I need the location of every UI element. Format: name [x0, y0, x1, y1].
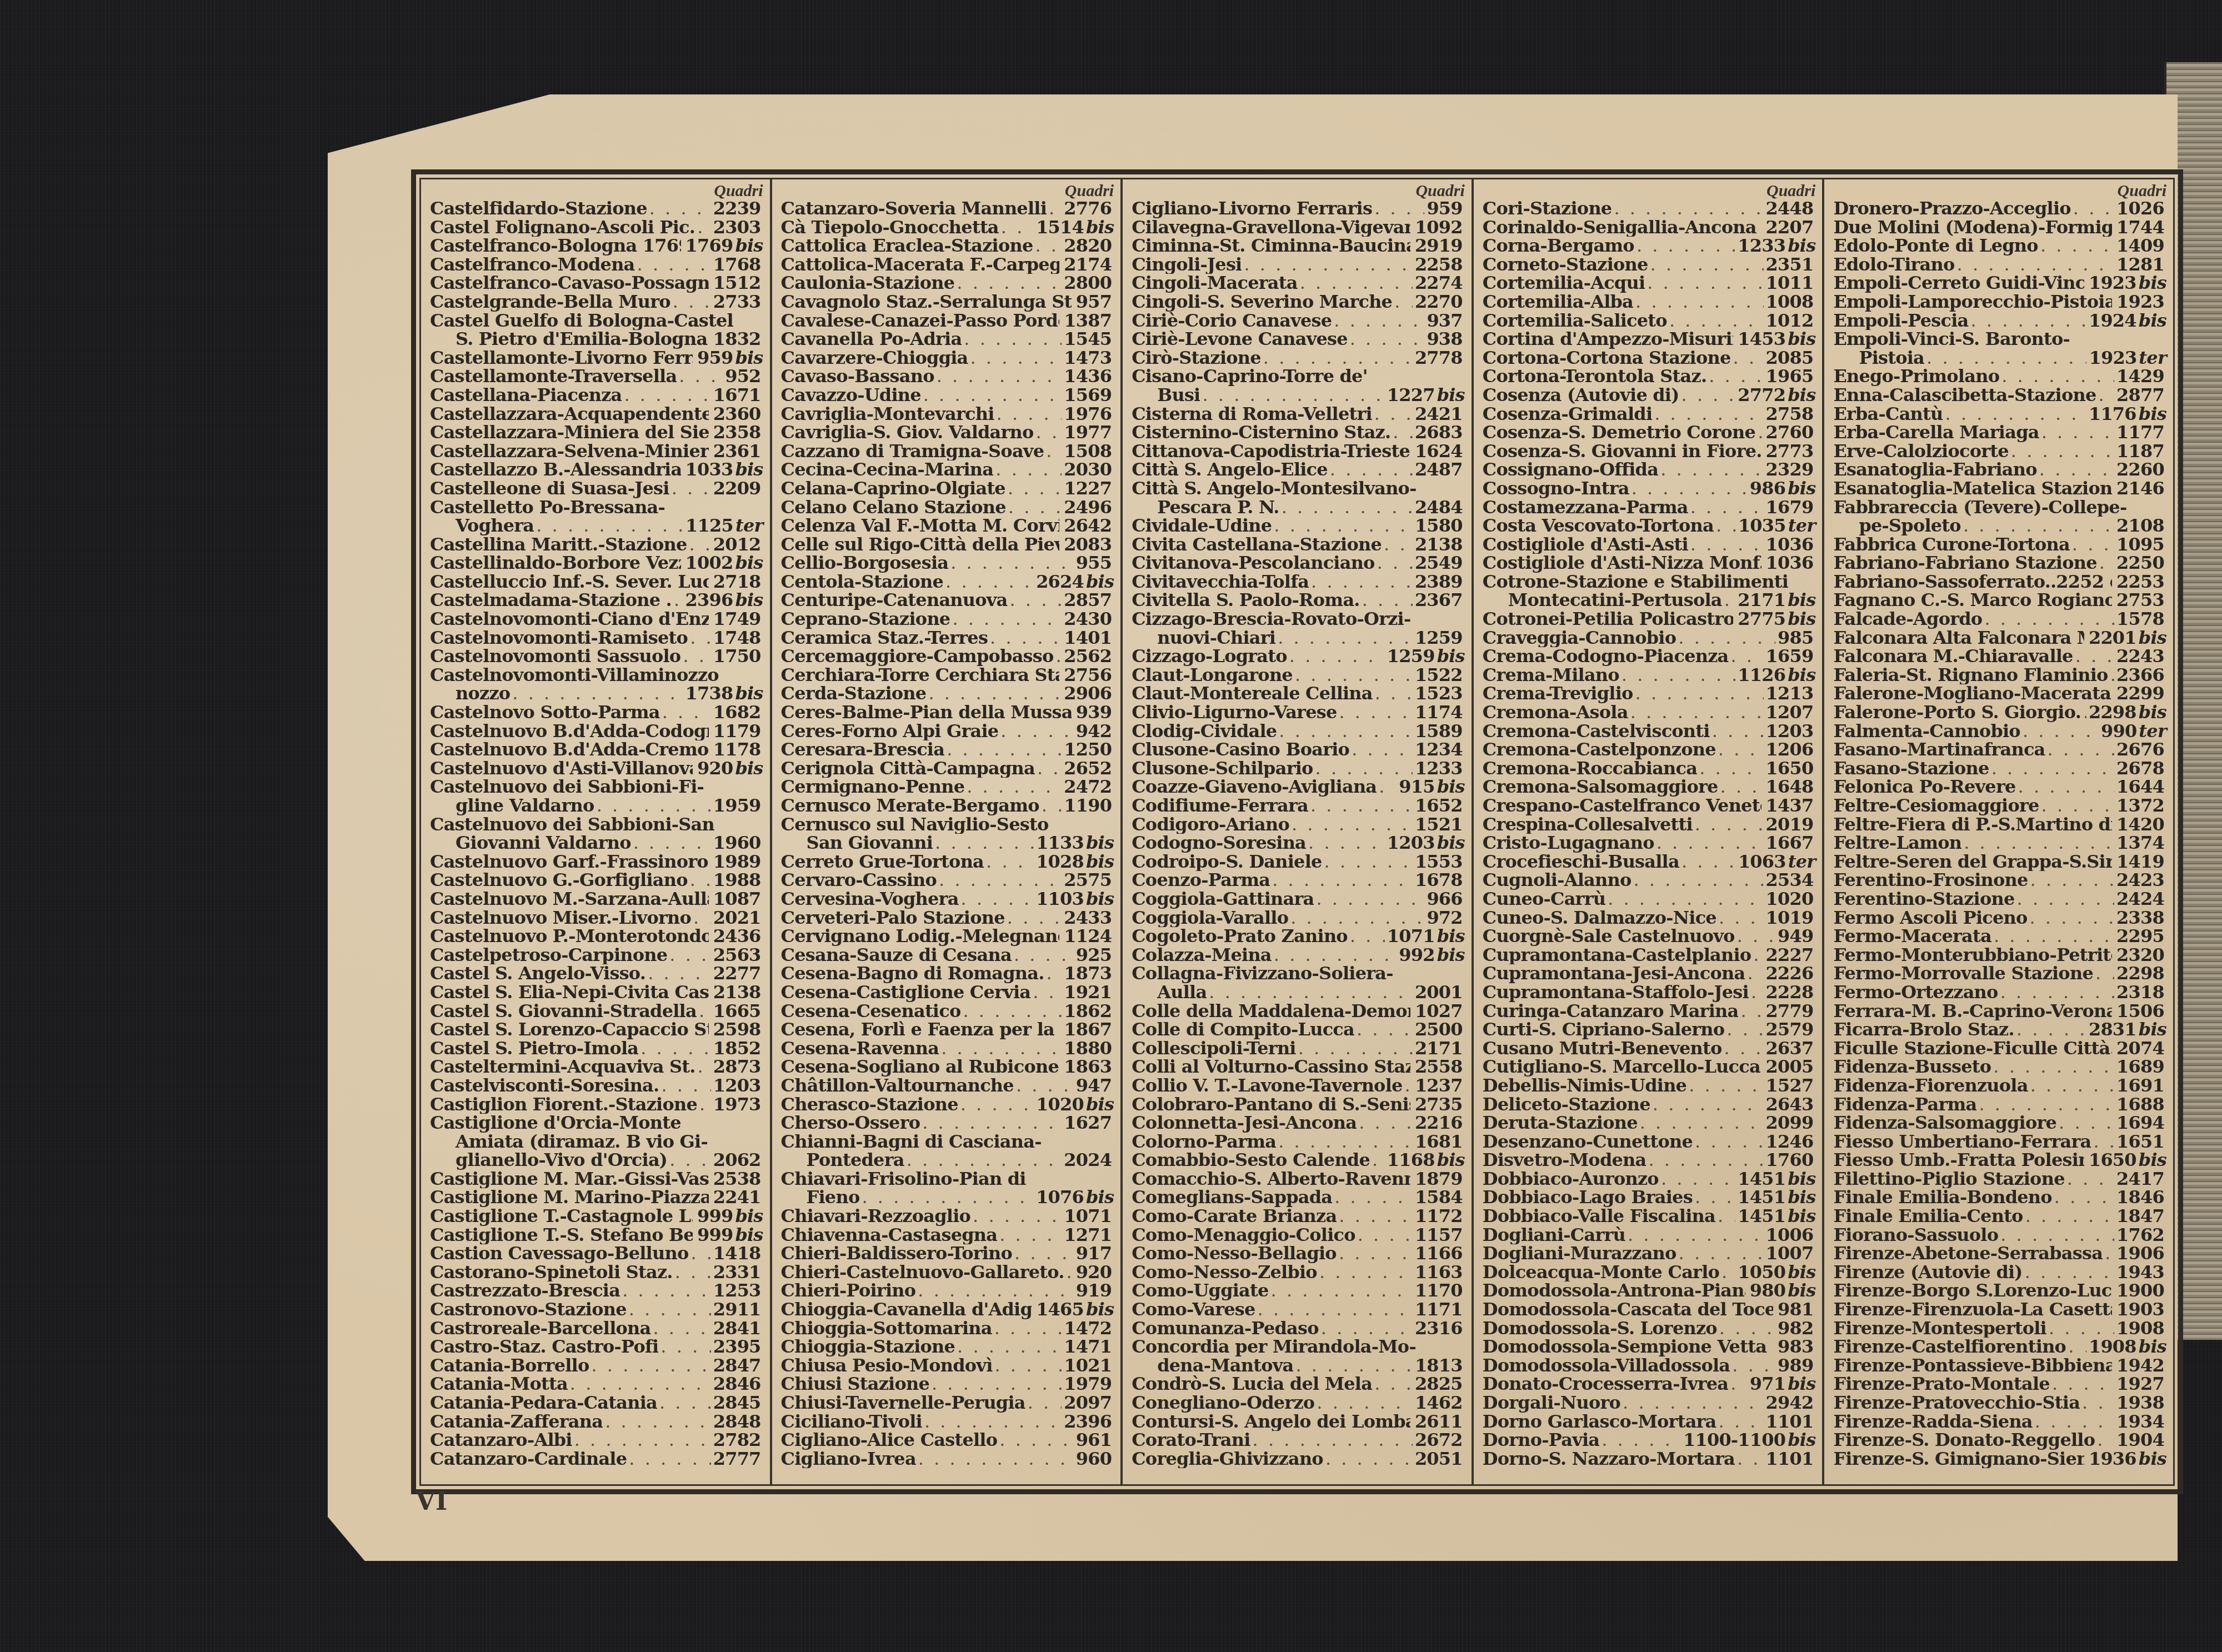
leader-dots: [1635, 293, 1763, 312]
table-number: 2012: [713, 535, 761, 554]
station-route-name: Comunanza-Pedaso: [1132, 1319, 1319, 1338]
table-number: 2579: [1766, 1020, 1814, 1039]
index-entry: Cigliano-Livorno Ferraris959: [1132, 199, 1465, 218]
leader-dots: [2041, 423, 2114, 442]
index-entry: Enego-Primolano1429: [1833, 367, 2166, 386]
station-route-name: Pontedera: [781, 1151, 904, 1170]
station-route-name: Crocefieschi-Busalla: [1483, 853, 1679, 872]
index-entry: Castelnovomonti Sassuolo1750: [430, 647, 763, 666]
leader-dots: [1637, 237, 1735, 256]
station-route-name: Cremona-Roccabianca: [1483, 759, 1697, 778]
table-number: 1179: [713, 722, 761, 741]
index-entry: Catania-Motta2846: [430, 1375, 763, 1394]
station-route-name: Domodossola-S. Lorenzo: [1483, 1319, 1717, 1338]
leader-dots: [1377, 554, 1413, 573]
index-entry: Colli al Volturno-Cassino Staz.2558: [1132, 1058, 1465, 1077]
station-route-name: Celana-Caprino-Olgiate: [781, 479, 1005, 498]
station-route-name: Fidenza-Busseto: [1833, 1058, 1991, 1077]
index-entry: Ceprano-Stazione2430: [781, 610, 1114, 629]
table-suffix: bis: [735, 591, 763, 610]
index-entry: Chiusa Pesio-Mondovì1021: [781, 1356, 1114, 1375]
table-number: 1959: [713, 797, 761, 815]
table-number: 2800: [1064, 274, 1112, 293]
index-entry: Cilavegna-Gravellona-Vigevano1092: [1132, 218, 1465, 237]
station-route-name: Chiavari-Frisolino-Pian di: [781, 1170, 1026, 1189]
leader-dots: [1292, 815, 1413, 834]
table-number: 2733: [713, 293, 761, 312]
station-route-name: Falerone-Porto S. Giorgio.: [1833, 703, 2081, 722]
leader-dots: [1317, 1394, 1413, 1413]
index-entry: Cupramontana-Staffolo-Jesi2228: [1483, 983, 1816, 1002]
table-number: 1420: [2116, 815, 2164, 834]
table-number: 2782: [713, 1431, 761, 1450]
leader-dots: [2052, 1375, 2114, 1394]
station-route-name: Amiata (diramaz. B vio Gi-: [430, 1133, 708, 1152]
table-number: 1584: [1415, 1188, 1463, 1207]
index-entry: Castelfranco-Cavaso-Possagno1512: [430, 274, 763, 293]
leader-dots: [2000, 983, 2114, 1002]
station-route-name: Cavaso-Bassano: [781, 367, 934, 386]
station-route-name: Como-Menaggio-Colico: [1132, 1226, 1355, 1245]
table-number: 1259: [1415, 629, 1463, 648]
leader-dots: [1047, 964, 1062, 983]
leader-dots: [1979, 1095, 2114, 1114]
table-number: 2316: [1415, 1319, 1463, 1338]
table-number: 1401: [1064, 629, 1112, 648]
table-number: 1233: [1415, 759, 1463, 778]
station-route-name: Corneto-Stazione: [1483, 256, 1648, 274]
table-number: 1979: [1064, 1375, 1112, 1394]
index-entry: Ceresara-Brescia1250: [781, 740, 1114, 759]
index-entry: Cremona-Castelvisconti1203: [1483, 722, 1816, 741]
station-route-name: Cesena-Bagno di Romagna.: [781, 964, 1044, 983]
index-entry: Castronovo-Stazione2911: [430, 1300, 763, 1319]
station-route-name: Enna-Calascibetta-Stazione: [1833, 386, 2096, 405]
station-route-name: Castro-Staz. Castro-Pofi: [430, 1338, 658, 1356]
table-number: 1545: [1064, 330, 1112, 349]
station-route-name: Caulonia-Stazione: [781, 274, 955, 293]
station-route-name: Fermo-Ortezzano: [1833, 983, 1998, 1002]
leader-dots: [1321, 1319, 1413, 1338]
table-number: 1671: [713, 386, 761, 405]
index-entry: Cosenza (Autovie di)2772bis: [1483, 386, 1816, 405]
index-entry: Firenze-Montespertoli1908: [1833, 1319, 2166, 1338]
leader-dots: [1654, 405, 1763, 424]
table-number: 938: [1427, 330, 1462, 349]
leader-dots: [648, 964, 711, 983]
station-route-name: Cortemilia-Saliceto: [1483, 312, 1667, 331]
station-route-name: Castel Guelfo di Bologna-Castel: [430, 312, 733, 331]
table-number: 1021: [1064, 1356, 1112, 1375]
index-entry: Aulla2001: [1132, 983, 1465, 1002]
table-number: 990: [2101, 722, 2136, 741]
station-route-name: Codogno-Soresina: [1132, 834, 1306, 853]
station-route-name: Cerveteri-Palo Stazione: [781, 909, 1005, 928]
index-entry: Civitella S. Paolo-Roma.2367: [1132, 591, 1465, 610]
index-entry: Cirò-Stazione2778: [1132, 349, 1465, 368]
leader-dots: [1350, 927, 1385, 946]
table-suffix: bis: [1788, 666, 1815, 685]
table-number: 2642: [1064, 517, 1112, 535]
index-entry: Cherasco-Stazione1020bis: [781, 1095, 1114, 1114]
station-route-name: Castel Folignano-Ascoli Pic.: [430, 218, 695, 237]
station-route-name: Cavagnolo Staz.-Serralunga Staz.: [781, 293, 1072, 312]
table-suffix: bis: [1788, 386, 1815, 405]
table-number: 1063: [1738, 853, 1786, 872]
table-number: 1227: [1387, 386, 1435, 405]
leader-dots: [1718, 740, 1764, 759]
index-columns: QuadriCastelfidardo-Stazione2239Castel F…: [419, 178, 2175, 1486]
table-number: 2846: [713, 1375, 761, 1394]
station-route-name: Firenze-Abetone-Serrabassa: [1833, 1244, 2103, 1263]
table-number: 1681: [1415, 1133, 1463, 1152]
index-entry: Ferrara-M. B.-Caprino-Verona1506: [1833, 1002, 2166, 1021]
table-number: 1514: [1036, 218, 1084, 237]
index-entry: Crespano-Castelfranco Veneto1437: [1483, 797, 1816, 815]
table-suffix: bis: [1086, 1188, 1114, 1207]
leader-dots: [939, 871, 1062, 890]
station-route-name: Dorno-Pavia: [1483, 1431, 1599, 1450]
station-route-name: Cerreto Grue-Tortona: [781, 853, 984, 872]
station-route-name: Corinaldo-Senigallia-Ancona .: [1483, 218, 1761, 237]
leader-dots: [605, 1413, 711, 1431]
station-route-name: Dorgali-Nuoro: [1483, 1394, 1620, 1413]
station-route-name: Domodossola-Cascata del Toce: [1483, 1300, 1773, 1319]
leader-dots: [1393, 423, 1413, 442]
table-number: 1750: [713, 647, 761, 666]
index-entry: Cesena-Cesenatico1862: [781, 1002, 1114, 1021]
station-route-name: Castiglione d'Orcia-Monte: [430, 1114, 681, 1133]
table-number: 1965: [1766, 367, 1814, 386]
index-entry: Cremona-Asola1207: [1483, 703, 1816, 722]
index-entry: Firenze-S. Donato-Reggello1904: [1833, 1431, 2166, 1450]
index-entry: Castelfidardo-Stazione2239: [430, 199, 763, 218]
station-route-name: Ceresara-Brescia: [781, 740, 945, 759]
index-entry: Chiusi-Tavernelle-Perugia2097: [781, 1394, 1114, 1413]
station-route-name: Castion Cavessago-Belluno: [430, 1244, 688, 1263]
index-entry: Cerveteri-Palo Stazione2433: [781, 909, 1114, 928]
index-entry: Cernusco sul Naviglio-Sesto: [781, 815, 1114, 834]
leader-dots: [1758, 423, 1763, 442]
index-entry: Falmenta-Cannobio990ter: [1833, 722, 2166, 741]
station-route-name: Collagna-Fivizzano-Soliera-: [1132, 964, 1393, 983]
index-entry: Clusone-Schilpario1233: [1132, 759, 1465, 778]
table-number: 2637: [1766, 1039, 1814, 1058]
index-column-5: QuadriDronero-Prazzo-Acceglio1026Due Mol…: [1824, 179, 2173, 1484]
page-number: VI: [416, 1486, 447, 1516]
station-route-name: Aulla: [1132, 983, 1207, 1002]
leader-dots: [1993, 1058, 2114, 1077]
station-route-name: Feltre-Fiera di P.-S.Martino di C.: [1833, 815, 2112, 834]
index-entry: Castiglione M. Marino-Piazzano2241: [430, 1188, 763, 1207]
station-route-name: Concordia per Mirandola-Mo-: [1132, 1338, 1416, 1356]
station-route-name: Cogoleto-Prato Zanino: [1132, 927, 1348, 946]
leader-dots: [995, 1356, 1062, 1375]
table-number: 2672: [1415, 1431, 1463, 1450]
table-suffix: bis: [2139, 274, 2166, 293]
index-column-2: QuadriCatanzaro-Soveria Mannelli2776Cà T…: [772, 179, 1123, 1484]
leader-dots: [923, 386, 1062, 405]
index-entry: Cortona-Terontola Staz.1965: [1483, 367, 1816, 386]
index-entry: Cazzano di Tramigna-Soave1508: [781, 442, 1114, 461]
table-number: 1679: [1766, 498, 1814, 517]
index-entry: Debellis-Nimis-Udine1527: [1483, 1077, 1816, 1095]
table-number: 2877: [2116, 386, 2164, 405]
leader-dots: [990, 629, 1062, 648]
leader-dots: [2030, 871, 2115, 890]
station-route-name: Castorano-Spinetoli Staz.: [430, 1263, 673, 1282]
column-header-quadri: Quadri: [781, 183, 1114, 199]
table-number: 1451: [1738, 1188, 1785, 1207]
station-route-name: Civitella S. Paolo-Roma.: [1132, 591, 1360, 610]
table-number: 2848: [713, 1413, 761, 1431]
table-number: 1903: [2116, 1300, 2164, 1319]
index-entry: Conegliano-Oderzo1462: [1132, 1394, 1465, 1413]
station-route-name: Cisano-Caprino-Torre de': [1132, 367, 1368, 386]
table-suffix: bis: [1086, 834, 1114, 853]
index-entry: Voghera1125ter: [430, 517, 763, 535]
index-entry: Donato-Crocesserra-Ivrea971bis: [1483, 1375, 1816, 1394]
leader-dots: [1325, 1450, 1413, 1469]
index-entry: Cizzago-Lograto1259bis: [1132, 647, 1465, 666]
station-route-name: Cervaro-Cassino: [781, 871, 937, 890]
index-entry: Condrò-S. Lucia del Mela2825: [1132, 1375, 1465, 1394]
table-number: 2424: [2116, 890, 2164, 909]
table-suffix: bis: [1437, 927, 1465, 946]
table-number: 1387: [1064, 312, 1112, 331]
table-number: 989: [1778, 1356, 1813, 1375]
index-entry: Coreglia-Ghivizzano2051: [1132, 1450, 1465, 1469]
table-number: 1522: [1415, 666, 1463, 685]
index-entry: Centola-Stazione2624bis: [781, 573, 1114, 592]
index-entry: Fabriano-Sassoferrato..2252 e2253: [1833, 573, 2166, 592]
table-number: 986: [1750, 479, 1785, 498]
station-route-name: Castellinaldo-Borbore Vezza: [430, 554, 681, 573]
table-number: 2756: [1064, 666, 1112, 685]
station-route-name: Domodossola-Sempione Vetta .: [1483, 1338, 1773, 1356]
table-number: 1187: [2116, 442, 2164, 461]
station-route-name: Chieri-Baldissero-Torino: [781, 1244, 1013, 1263]
station-route-name: Dobbiaco-Lago Braies: [1483, 1188, 1693, 1207]
station-route-name: Cristo-Lugagnano: [1483, 834, 1654, 853]
table-number: 2303: [713, 218, 761, 237]
table-number: 2085: [1766, 349, 1814, 368]
station-route-name: Castelnuovo dei Sabbioni-San: [430, 815, 714, 834]
table-number: 971: [1750, 1375, 1785, 1394]
table-number: 1847: [2116, 1207, 2164, 1226]
table-number: 1429: [2116, 367, 2164, 386]
index-entry: Fidenza-Busseto1689: [1833, 1058, 2166, 1077]
table-number: 2777: [713, 1450, 761, 1469]
leader-dots: [1374, 405, 1413, 424]
table-number: 2942: [1766, 1394, 1814, 1413]
leader-dots: [2001, 367, 2114, 386]
index-entry: Filettino-Piglio Stazione2417: [1833, 1170, 2166, 1189]
leader-dots: [1278, 1133, 1413, 1152]
table-number: 972: [1427, 909, 1462, 928]
station-route-name: Castellazzara-Miniera del Siele: [430, 423, 709, 442]
index-entry: Cigliano-Alice Castello961: [781, 1431, 1114, 1450]
leader-dots: [1315, 759, 1413, 778]
leader-dots: [1733, 349, 1764, 368]
station-route-name: Colle della Maddalena-Demonte: [1132, 1002, 1410, 1021]
index-entry: Enna-Calascibetta-Stazione2877: [1833, 386, 2166, 405]
index-entry: Contursi-S. Angelo dei Lombardi2611: [1132, 1413, 1465, 1431]
index-entry: Colorno-Parma1681: [1132, 1133, 1465, 1152]
table-number: 960: [1076, 1450, 1112, 1469]
index-column-3: QuadriCigliano-Livorno Ferraris959Cilave…: [1123, 179, 1474, 1484]
station-route-name: Cavalese-Canazei-Passo Pordoi: [781, 312, 1060, 331]
index-entry: Coggiola-Varallo972: [1132, 909, 1465, 928]
table-number: 2433: [1064, 909, 1112, 928]
leader-dots: [1298, 1039, 1413, 1058]
station-route-name: Fabbrica Curone-Tortona: [1833, 535, 2069, 554]
table-number: 1813: [1415, 1356, 1463, 1375]
station-route-name: Fermo-Morrovalle Stazione: [1833, 964, 2093, 983]
station-route-name: Fermo-Macerata: [1833, 927, 1991, 946]
leader-dots: [597, 797, 711, 815]
station-route-name: Castelnovomonti Sassuolo: [430, 647, 680, 666]
leader-dots: [2011, 442, 2114, 461]
table-suffix: bis: [1437, 1151, 1465, 1170]
index-entry: Castelnuovo P.-Monterotondo.2436: [430, 927, 763, 946]
station-route-name: Firenze-Prato-Montale: [1833, 1375, 2050, 1394]
leader-dots: [637, 256, 711, 274]
leader-dots: [2025, 1207, 2114, 1226]
table-number: 920: [697, 759, 733, 778]
leader-dots: [574, 1431, 711, 1450]
station-route-name: Castelnuovo G.-Gorfigliano: [430, 871, 688, 890]
leader-dots: [2018, 778, 2115, 797]
index-entry: Dorno Garlasco-Mortara1101: [1483, 1413, 1816, 1431]
index-entry: Cuorgnè-Sale Castelnuovo949: [1483, 927, 1816, 946]
index-entry: Castroreale-Barcellona2841: [430, 1319, 763, 1338]
table-number: 1203: [713, 1077, 761, 1095]
station-route-name: Cavazzo-Udine: [781, 386, 921, 405]
station-route-name: Castelnovomonti-Villaminozzo: [430, 666, 719, 685]
table-number: 939: [1076, 703, 1112, 722]
leader-dots: [698, 1058, 711, 1077]
leader-dots: [1732, 1356, 1775, 1375]
station-route-name: Codigoro-Ariano: [1132, 815, 1289, 834]
leader-dots: [1405, 1077, 1413, 1095]
index-entry: Castel Guelfo di Bologna-Castel: [430, 312, 763, 331]
index-entry: Como-Menaggio-Colico1157: [1132, 1226, 1465, 1245]
leader-dots: [1724, 591, 1736, 610]
table-number: 1512: [713, 274, 761, 293]
leader-dots: [1334, 1188, 1413, 1207]
index-entry: Cà Tiepolo-Gnocchetta1514bis: [781, 218, 1114, 237]
leader-dots: [699, 1002, 711, 1021]
index-entry: Castellinaldo-Borbore Vezza1002bis: [430, 554, 763, 573]
station-route-name: Enego-Primolano: [1833, 367, 1999, 386]
index-entry: Castellamonte-Traversella952: [430, 367, 763, 386]
leader-dots: [961, 890, 1034, 909]
table-number: 981: [1778, 1300, 1813, 1319]
index-entry: Dobbiaco-Lago Braies1451bis: [1483, 1188, 1816, 1207]
station-route-name: Castel S. Angelo-Visso.: [430, 964, 645, 983]
station-route-name: Desenzano-Cunettone: [1483, 1133, 1693, 1152]
leader-dots: [690, 629, 711, 648]
table-number: 2652: [1064, 759, 1112, 778]
table-number: 1206: [1766, 740, 1814, 759]
table-number: 1092: [1415, 218, 1463, 237]
station-route-name: Cremona-Salsomaggiore: [1483, 778, 1718, 797]
station-route-name: Castelfranco-Modena: [430, 256, 635, 274]
station-route-name: Castellazzara-Selvena-Miniera.: [430, 442, 709, 461]
index-entry: Chiavari-Frisolino-Pian di: [781, 1170, 1114, 1189]
index-entry: Civitavecchia-Tolfa2389: [1132, 573, 1465, 592]
leader-dots: [2075, 647, 2114, 666]
leader-dots: [1622, 666, 1736, 685]
leader-dots: [653, 1319, 711, 1338]
index-entry: Firenze-Radda-Siena1934: [1833, 1413, 2166, 1431]
station-route-name: Ferrara-M. B.-Caprino-Verona: [1833, 1002, 2112, 1021]
index-entry: Castelnuovo B.d'Adda-Cremona1178: [430, 740, 763, 759]
leader-dots: [2059, 1114, 2114, 1133]
station-route-name: Cattolica Eraclea-Stazione: [781, 237, 1033, 256]
index-entry: Costamezzana-Parma1679: [1483, 498, 1816, 517]
station-route-name: Castelfidardo-Stazione: [430, 199, 647, 218]
table-number: 1451: [1738, 1170, 1785, 1189]
leader-dots: [2073, 199, 2114, 218]
station-route-name: Castelfranco-Bologna 1769 e: [430, 237, 681, 256]
station-route-name: Fasano-Martinafranca: [1833, 740, 2045, 759]
index-entry: San Giovanni1133bis: [781, 834, 1114, 853]
index-entry: Comeglians-Sappada1584: [1132, 1188, 1465, 1207]
station-route-name: Cervignano Lodig.-Melegnano: [781, 927, 1060, 946]
station-route-name: Cavriglia-S. Giov. Valdarno: [781, 423, 1034, 442]
leader-dots: [1681, 853, 1736, 872]
index-entry: Cisano-Caprino-Torre de': [1132, 367, 1465, 386]
table-number: 2351: [1766, 256, 1814, 274]
table-number: 2243: [2116, 647, 2164, 666]
station-route-name: Fidenza-Parma: [1833, 1095, 1976, 1114]
leader-dots: [683, 647, 710, 666]
index-entry: Cervaro-Cassino2575: [781, 871, 1114, 890]
table-number: 1691: [2116, 1077, 2164, 1095]
station-route-name: Crema-Treviglio: [1483, 684, 1633, 703]
table-number: 1689: [2116, 1058, 2164, 1077]
station-route-name: Debellis-Nimis-Udine: [1483, 1077, 1686, 1095]
station-route-name: Cotrone-Stazione e Stabilimenti: [1483, 573, 1788, 592]
station-route-name: Catania-Motta: [430, 1375, 568, 1394]
station-route-name: Costigliole d'Asti-Nizza Monf.: [1483, 554, 1761, 573]
table-number: 2329: [1766, 460, 1814, 479]
index-entry: Châtillon-Valtournanche947: [781, 1077, 1114, 1095]
index-entry: Fidenza-Parma1688: [1833, 1095, 2166, 1114]
station-route-name: Castroreale-Barcellona: [430, 1319, 651, 1338]
station-route-name: Chiavenna-Castasegna: [781, 1226, 998, 1245]
station-route-name: Comacchio-S. Alberto-Ravenna: [1132, 1170, 1410, 1189]
table-number: 1665: [713, 1002, 761, 1021]
index-entry: Dorno-Pavia1100-1100bis: [1483, 1431, 1816, 1450]
index-entry: Cugnoli-Alanno2534: [1483, 871, 1816, 890]
index-entry: Empoli-Lamporecchio-Pistoia.1923: [1833, 293, 2166, 312]
table-suffix: bis: [1788, 610, 1815, 629]
station-route-name: Celle sul Rigo-Città della Pieve: [781, 535, 1060, 554]
station-route-name: Corna-Bergamo: [1483, 237, 1634, 256]
index-entry: Fieno1076bis: [781, 1188, 1114, 1207]
table-number: 2361: [713, 442, 761, 461]
table-suffix: bis: [1788, 1170, 1815, 1189]
leader-dots: [2113, 684, 2114, 703]
station-route-name: Fermo Ascoli Piceno: [1833, 909, 2027, 928]
index-entry: Cerreto Grue-Tortona1028bis: [781, 853, 1114, 872]
index-entry: Cattolica-Macerata F.-Carpegna2174: [781, 256, 1114, 274]
leader-dots: [661, 1077, 710, 1095]
index-entry: Castelnuovo d'Asti-Villanova920bis: [430, 759, 763, 778]
